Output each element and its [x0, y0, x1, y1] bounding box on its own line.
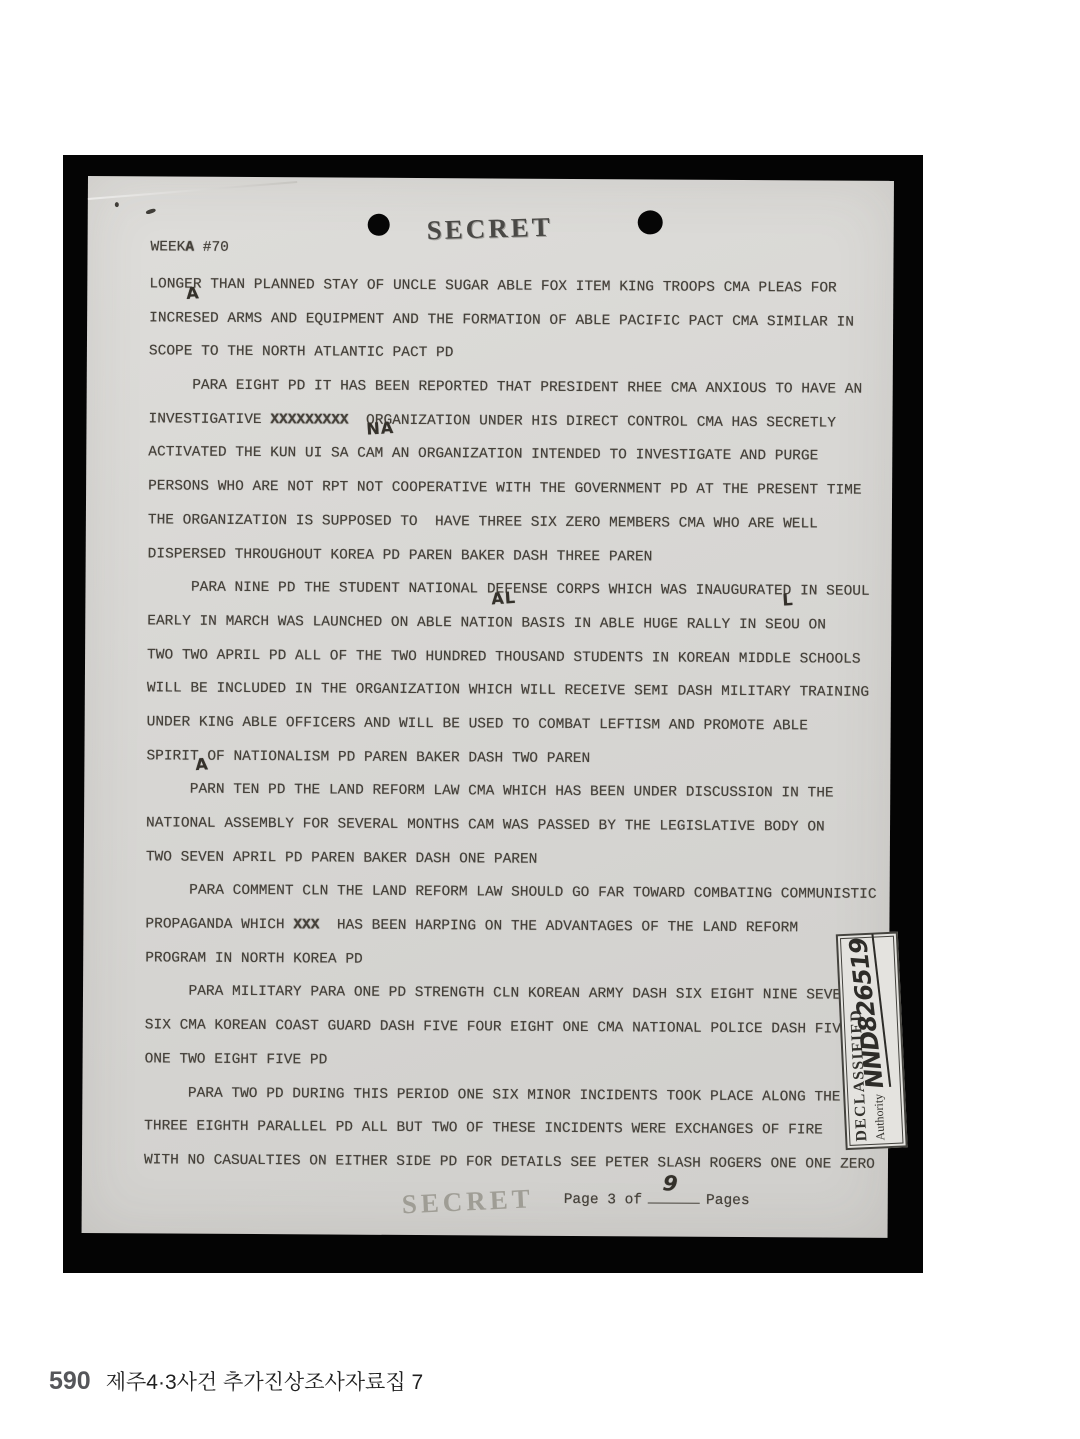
- typed-line: UNDER KING ABLE OFFICERS AND WILL BE USE…: [147, 706, 878, 744]
- week-heading: WEEKA #70: [151, 239, 229, 255]
- typed-text: PROGRAM IN NORTH KOREA PD: [145, 950, 363, 967]
- typed-text: LONGER THAN PLANNED STAY OF UNCLE SUGAR …: [149, 276, 837, 296]
- typed-line: PARA TWO PD DURING THIS PERIOD ONE SIX M…: [144, 1077, 875, 1115]
- typed-text: TWO SEVEN APRIL PD PAREN BAKER DASH ONE …: [146, 849, 538, 867]
- typed-text: WITH NO CASUALTIES ON EITHER SIDE PD FOR…: [144, 1152, 875, 1172]
- typed-line: PERSONS WHO ARE NOT RPT NOT COOPERATIVE …: [148, 470, 879, 508]
- typed-text: SCOPE TO THE NORTH ATLANTIC PACT PD: [149, 344, 454, 362]
- punch-hole-right: [638, 210, 663, 234]
- ink-speck: [115, 202, 119, 207]
- declassified-stamp: DECLASSIFIED Authority NND826519: [836, 931, 908, 1150]
- typed-line: WITH NO CASUALTIES ON EITHER SIDE PD FOR…: [144, 1144, 875, 1182]
- handwritten-annotation: A: [185, 285, 199, 302]
- typed-line: NATIONAL ASSEMBLY FOR SEVERAL MONTHS CAM…: [146, 807, 877, 845]
- typed-text: NATIONAL ASSEMBLY FOR SEVERAL MONTHS CAM…: [146, 815, 825, 835]
- typed-text: EARLY IN MARCH WAS LAUNCHED ON ABLE NATI…: [147, 613, 826, 633]
- typed-text: ACTIVATED THE KUN UI SA CAM AN ORGANIZAT…: [148, 445, 818, 465]
- week-heading-post: #70: [194, 240, 229, 256]
- typed-text: PARA EIGHT PD IT HAS BEEN REPORTED THAT …: [149, 377, 863, 397]
- typed-text: PARA COMMENT CLN THE LAND REFORM LAW SHO…: [146, 883, 877, 903]
- page-number-line: Page 3 of9Pages: [564, 1188, 750, 1209]
- caption-page-number: 590: [49, 1367, 91, 1396]
- typed-line: SCOPE TO THE NORTH ATLANTIC PACT PD: [149, 336, 880, 374]
- typed-text: UNDER KING ABLE OFFICERS AND WILL BE USE…: [147, 714, 808, 734]
- typed-text: PROPAGANDA WHICH: [145, 916, 293, 933]
- typed-text: THREE EIGHTH PARALLEL PD ALL BUT TWO OF …: [144, 1119, 823, 1139]
- typed-text: WILL BE INCLUDED IN THE ORGANIZATION WHI…: [147, 681, 869, 701]
- page-label: Page 3 of: [564, 1192, 642, 1208]
- typed-line: PROGRAM IN NORTH KOREA PD: [145, 942, 876, 980]
- ink-speck: [145, 208, 156, 215]
- typed-line: TWO TWO APRIL PD ALL OF THE TWO HUNDRED …: [147, 639, 878, 677]
- typed-line: INCRESED ARMS AND EQUIPMENT AND THE FORM…: [149, 302, 880, 340]
- typed-line: WILL BE INCLUDED IN THE ORGANIZATION WHI…: [147, 673, 878, 711]
- typed-text: ORGANIZATION UNDER HIS DIRECT CONTROL CM…: [349, 412, 836, 431]
- overstruck-text: XXX: [293, 917, 319, 933]
- week-heading-pre: WEEK: [151, 239, 186, 255]
- typed-line: PROPAGANDA WHICH XXX HAS BEEN HARPING ON…: [145, 908, 876, 946]
- handwritten-annotation: AL: [491, 590, 517, 608]
- document-paper: SECRET WEEKA #70 LONGER THAN PLANNED STA…: [82, 176, 894, 1238]
- typed-text: PARA TWO PD DURING THIS PERIOD ONE SIX M…: [144, 1085, 840, 1105]
- typed-line: THREE EIGHTH PARALLEL PD ALL BUT TWO OF …: [144, 1111, 875, 1149]
- typed-line: ACTIVATED THE KUN UI SA CAM AN ORGANIZAT…: [148, 437, 879, 475]
- typed-lines: LONGER THAN PLANNED STAY OF UNCLE SUGAR …: [144, 268, 880, 1182]
- typed-line: SPIRIT OF NATIONALISM PD PAREN BAKER DAS…: [146, 740, 877, 778]
- secret-stamp-bottom: SECRET: [401, 1183, 534, 1220]
- typed-text: SIX CMA KOREAN COAST GUARD DASH FIVE FOU…: [145, 1017, 850, 1037]
- typed-line: PARA MILITARY PARA ONE PD STRENGTH CLN K…: [145, 976, 876, 1014]
- typed-text: SPIRIT OF NATIONALISM PD PAREN BAKER DAS…: [146, 748, 590, 767]
- typed-line: LONGER THAN PLANNED STAY OF UNCLE SUGAR …: [149, 268, 880, 306]
- declassified-stamp-text: DECLASSIFIED Authority NND826519: [843, 940, 900, 1142]
- typed-line: EARLY IN MARCH WAS LAUNCHED ON ABLE NATI…: [147, 605, 878, 643]
- page: SECRET WEEKA #70 LONGER THAN PLANNED STA…: [0, 0, 1080, 1439]
- typed-line: PARA COMMENT CLN THE LAND REFORM LAW SHO…: [146, 875, 877, 913]
- handwritten-annotation: A: [195, 757, 209, 774]
- typed-text: INVESTIGATIVE: [148, 411, 270, 428]
- handwritten-annotation: NA: [365, 420, 394, 438]
- typed-text: PERSONS WHO ARE NOT RPT NOT COOPERATIVE …: [148, 478, 862, 498]
- typed-text: DISPERSED THROUGHOUT KOREA PD PAREN BAKE…: [148, 546, 653, 565]
- typed-line: DISPERSED THROUGHOUT KOREA PD PAREN BAKE…: [148, 538, 879, 576]
- typed-text: INCRESED ARMS AND EQUIPMENT AND THE FORM…: [149, 310, 854, 330]
- punch-hole-left: [368, 214, 390, 236]
- typed-line: SIX CMA KOREAN COAST GUARD DASH FIVE FOU…: [145, 1009, 876, 1047]
- typed-line: ONE TWO EIGHT FIVE PD: [144, 1043, 875, 1081]
- week-heading-overstrike: A: [185, 240, 194, 256]
- secret-stamp-top: SECRET: [426, 212, 553, 247]
- book-caption: 590 제주4·3사건 추가진상조사자료집 7: [49, 1366, 423, 1396]
- typed-line: THE ORGANIZATION IS SUPPOSED TO HAVE THR…: [148, 504, 879, 542]
- typed-line: PARN TEN PD THE LAND REFORM LAW CMA WHIC…: [146, 774, 877, 812]
- typed-text: PARA MILITARY PARA ONE PD STRENGTH CLN K…: [145, 984, 850, 1004]
- typed-text: PARN TEN PD THE LAND REFORM LAW CMA WHIC…: [146, 782, 834, 802]
- page-count-underline: 9: [648, 1188, 700, 1203]
- typed-text: ONE TWO EIGHT FIVE PD: [145, 1051, 328, 1068]
- typed-text: TWO TWO APRIL PD ALL OF THE TWO HUNDRED …: [147, 647, 861, 667]
- caption-title: 제주4·3사건 추가진상조사자료집 7: [106, 1366, 423, 1396]
- typed-text: HAS BEEN HARPING ON THE ADVANTAGES OF TH…: [319, 917, 798, 936]
- paper-crease: [88, 181, 297, 200]
- pages-label: Pages: [706, 1193, 750, 1209]
- handwritten-annotation: L: [782, 592, 794, 609]
- typed-line: INVESTIGATIVE XXXXXXXXX ORGANIZATION UND…: [148, 403, 879, 441]
- typed-text: THE ORGANIZATION IS SUPPOSED TO HAVE THR…: [148, 512, 818, 532]
- typed-line: TWO SEVEN APRIL PD PAREN BAKER DASH ONE …: [146, 841, 877, 879]
- typed-line: PARA EIGHT PD IT HAS BEEN REPORTED THAT …: [149, 369, 880, 407]
- overstruck-text: XXXXXXXXX: [270, 412, 348, 428]
- handwritten-page-count: 9: [662, 1171, 679, 1196]
